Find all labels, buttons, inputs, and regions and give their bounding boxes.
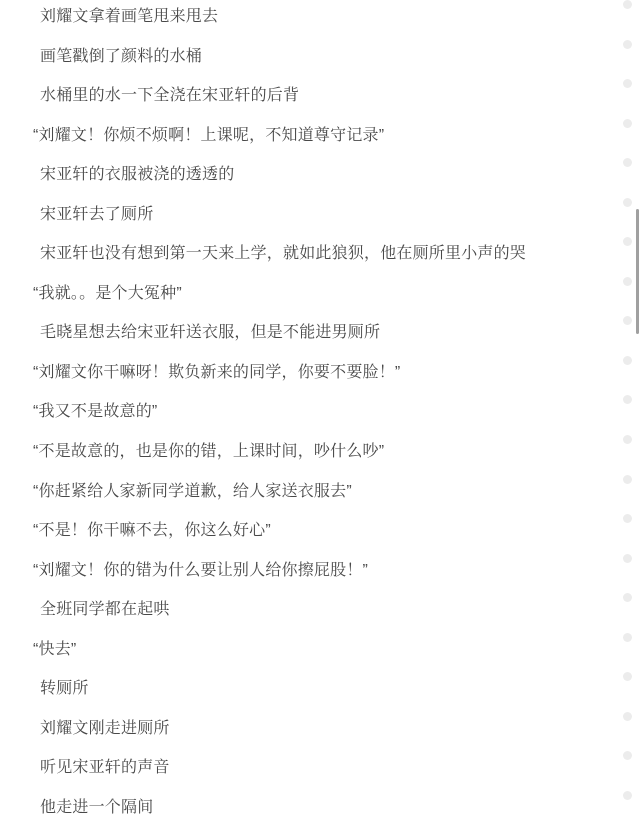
- paragraph: 听见宋亚轩的声音: [0, 751, 640, 791]
- paragraph: “我就。。是个大冤种”: [0, 277, 640, 317]
- paragraph-comment-dot-icon[interactable]: [623, 356, 632, 365]
- paragraph: 刘耀文拿着画笔甩来甩去: [0, 0, 640, 40]
- paragraph: 毛晓星想去给宋亚轩送衣服，但是不能进男厕所: [0, 316, 640, 356]
- paragraph-comment-dot-icon[interactable]: [623, 435, 632, 444]
- paragraph-text: 听见宋亚轩的声音: [40, 760, 170, 777]
- paragraph-comment-dot-icon[interactable]: [623, 79, 632, 88]
- paragraph-text: “快去”: [33, 642, 76, 659]
- paragraph: 宋亚轩也没有想到第一天来上学，就如此狼狈，他在厕所里小声的哭: [0, 237, 640, 277]
- paragraph-text: 全班同学都在起哄: [40, 602, 170, 619]
- paragraph: “快去”: [0, 633, 640, 673]
- paragraph: 水桶里的水一下全浇在宋亚轩的后背: [0, 79, 640, 119]
- paragraph-comment-dot-icon[interactable]: [623, 395, 632, 404]
- paragraph-text: 转厕所: [40, 681, 89, 698]
- paragraph-text: “刘耀文！你烦不烦啊！上课呢，不知道尊守记录”: [33, 128, 384, 145]
- paragraph: “刘耀文！你的错为什么要让别人给你擦屁股！”: [0, 554, 640, 594]
- paragraph-text: 他走进一个隔间: [40, 800, 153, 817]
- paragraph-text: “不是故意的，也是你的错，上课时间，吵什么吵”: [33, 444, 384, 461]
- reader-page: 刘耀文拿着画笔甩来甩去 画笔戳倒了颜料的水桶 水桶里的水一下全浇在宋亚轩的后背 …: [0, 0, 640, 824]
- paragraph: 宋亚轩的衣服被浇的透透的: [0, 158, 640, 198]
- paragraph: 转厕所: [0, 672, 640, 712]
- paragraph-comment-dot-icon[interactable]: [623, 514, 632, 523]
- paragraph-comment-dot-icon[interactable]: [623, 475, 632, 484]
- paragraph-comment-dot-icon[interactable]: [623, 712, 632, 721]
- paragraph: “不是故意的，也是你的错，上课时间，吵什么吵”: [0, 435, 640, 475]
- paragraph-text: 宋亚轩也没有想到第一天来上学，就如此狼狈，他在厕所里小声的哭: [40, 246, 526, 263]
- paragraph-text: 毛晓星想去给宋亚轩送衣服，但是不能进男厕所: [40, 325, 380, 342]
- paragraph-text: “刘耀文！你的错为什么要让别人给你擦屁股！”: [33, 563, 368, 580]
- paragraph: “我又不是故意的”: [0, 395, 640, 435]
- paragraph-text: “不是！你干嘛不去，你这么好心”: [33, 523, 271, 540]
- paragraph-comment-dot-icon[interactable]: [623, 554, 632, 563]
- paragraph-comment-dot-icon[interactable]: [623, 277, 632, 286]
- paragraph-text: 刘耀文刚走进厕所: [40, 721, 170, 738]
- paragraph: 刘耀文刚走进厕所: [0, 712, 640, 752]
- paragraph-comment-dot-icon[interactable]: [623, 633, 632, 642]
- paragraph-comment-dot-icon[interactable]: [623, 237, 632, 246]
- paragraph-comment-dot-icon[interactable]: [623, 791, 632, 800]
- paragraph: 全班同学都在起哄: [0, 593, 640, 633]
- paragraph-comment-dot-icon[interactable]: [623, 751, 632, 760]
- paragraph-text: “刘耀文你干嘛呀！欺负新来的同学，你要不要脸！”: [33, 365, 400, 382]
- paragraph: “刘耀文你干嘛呀！欺负新来的同学，你要不要脸！”: [0, 356, 640, 396]
- paragraph-comment-dot-icon[interactable]: [623, 316, 632, 325]
- paragraph: 宋亚轩去了厕所: [0, 198, 640, 238]
- paragraph-comment-dot-icon[interactable]: [623, 672, 632, 681]
- paragraph-comment-dot-icon[interactable]: [623, 119, 632, 128]
- paragraph-text: 画笔戳倒了颜料的水桶: [40, 49, 202, 66]
- paragraph: 他走进一个隔间: [0, 791, 640, 824]
- paragraph-text: “我就。。是个大冤种”: [33, 286, 182, 303]
- paragraph-comment-dot-icon[interactable]: [623, 40, 632, 49]
- paragraph-text: 刘耀文拿着画笔甩来甩去: [40, 9, 218, 26]
- paragraph-comment-dot-icon[interactable]: [623, 198, 632, 207]
- scrollbar-thumb[interactable]: [636, 209, 639, 334]
- paragraph: “刘耀文！你烦不烦啊！上课呢，不知道尊守记录”: [0, 119, 640, 159]
- paragraph-list: 刘耀文拿着画笔甩来甩去 画笔戳倒了颜料的水桶 水桶里的水一下全浇在宋亚轩的后背 …: [0, 0, 640, 824]
- paragraph-text: 宋亚轩去了厕所: [40, 207, 153, 224]
- paragraph-text: “我又不是故意的”: [33, 404, 157, 421]
- paragraph-text: 水桶里的水一下全浇在宋亚轩的后背: [40, 88, 299, 105]
- paragraph: “不是！你干嘛不去，你这么好心”: [0, 514, 640, 554]
- paragraph-text: “你赶紧给人家新同学道歉，给人家送衣服去”: [33, 484, 352, 501]
- paragraph-comment-dot-icon[interactable]: [623, 0, 632, 9]
- paragraph-text: 宋亚轩的衣服被浇的透透的: [40, 167, 234, 184]
- paragraph-comment-dot-icon[interactable]: [623, 158, 632, 167]
- paragraph-comment-dot-icon[interactable]: [623, 593, 632, 602]
- paragraph: 画笔戳倒了颜料的水桶: [0, 40, 640, 80]
- paragraph: “你赶紧给人家新同学道歉，给人家送衣服去”: [0, 475, 640, 515]
